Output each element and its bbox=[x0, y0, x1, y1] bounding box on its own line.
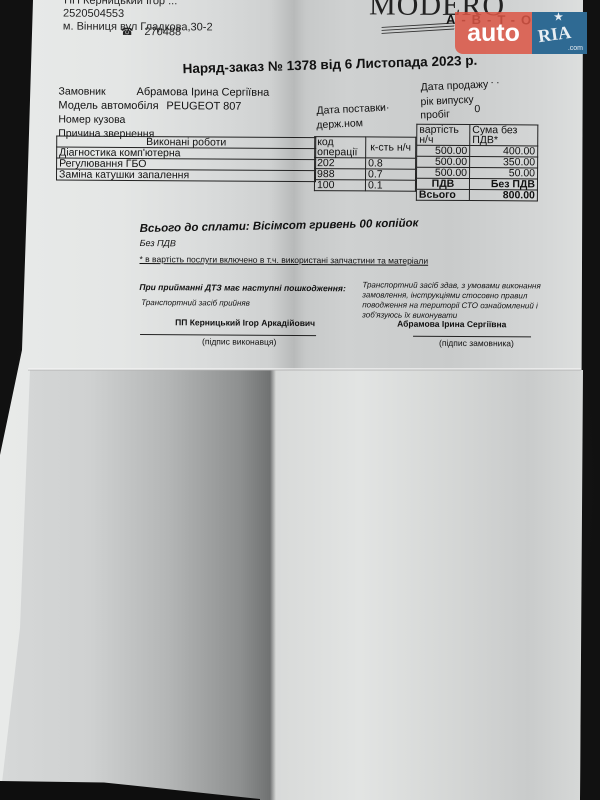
customer-value: Абрамова Ірина Сергіївна bbox=[136, 86, 269, 99]
customer-label: Замовник bbox=[58, 86, 105, 98]
cell-rate: 500.00 bbox=[417, 167, 470, 178]
vat-value: Без ПДВ bbox=[469, 179, 537, 190]
mileage-value: 0 bbox=[474, 103, 480, 115]
star-icon: ★ bbox=[554, 12, 563, 23]
col-header-hours: к-сть н/ч bbox=[366, 137, 416, 158]
total-label: Всього bbox=[416, 189, 469, 200]
autoria-watermark: auto ★ RIA .com bbox=[455, 12, 587, 54]
cell-rate: 500.00 bbox=[417, 145, 470, 156]
executor-name: ПП Керницький Ігор Аркадійович bbox=[175, 317, 315, 328]
accepted-text: Транспортний засіб прийняв bbox=[141, 298, 250, 308]
col-header-rate: вартість н/ч bbox=[417, 124, 470, 145]
ria-text: RIA bbox=[537, 22, 573, 47]
table-row: Заміна катушки запалення bbox=[56, 169, 315, 182]
cell-sum: 400.00 bbox=[470, 146, 538, 157]
cell-work: Заміна катушки запалення bbox=[56, 169, 315, 182]
car-model-value: PEUGEOT 807 bbox=[166, 100, 241, 112]
logo-swoosh bbox=[383, 25, 453, 35]
total-row: Всього800.00 bbox=[416, 189, 537, 201]
phone-icon: ☎ bbox=[121, 27, 134, 38]
works-table: Виконані роботи Діагностика комп'ютерна … bbox=[56, 136, 316, 183]
delivery-date-value: . . bbox=[380, 99, 389, 111]
autoria-ria-badge: ★ RIA .com bbox=[532, 12, 587, 54]
company-phone: 270488 bbox=[144, 26, 181, 38]
damage-label: При прийманні ДТЗ має наступні пошкоджен… bbox=[139, 282, 346, 293]
price-footnote: * в вартість послуги включено в т.ч. вик… bbox=[139, 254, 428, 266]
year-label: рік випуску bbox=[420, 94, 474, 108]
customer-name-signature: Абрамова Ірина Сергіївна bbox=[397, 319, 506, 330]
total-in-words: Всього до сплати: Вісімсот гривень 00 ко… bbox=[140, 217, 419, 235]
cell-hours: 0.1 bbox=[365, 180, 415, 191]
cell-rate: 500.00 bbox=[417, 156, 470, 167]
total-value: 800.00 bbox=[469, 190, 537, 201]
customer-statement-line-3: поводження на території СТО ознайомлений… bbox=[362, 300, 538, 310]
cell-code: 100 bbox=[314, 180, 365, 191]
cell-sum: 350.00 bbox=[470, 157, 538, 168]
sale-date-label: Дата продажу bbox=[420, 78, 488, 93]
table-row: 1000.1 bbox=[314, 180, 415, 192]
ria-domain: .com bbox=[568, 45, 583, 52]
customer-signature-label: (підпис замовника) bbox=[439, 338, 514, 348]
works-table-amounts: вартість н/ч Сума без ПДВ* 500.00400.00 … bbox=[416, 124, 538, 202]
cell-sum: 50.00 bbox=[470, 168, 538, 179]
works-table-codes: код операції к-сть н/ч 2020.8 9880.7 100… bbox=[314, 136, 416, 192]
order-title: Наряд-заказ № 1378 від 6 Листопада 2023 … bbox=[182, 53, 477, 76]
col-header-code: код операції bbox=[315, 137, 366, 158]
company-phone-row: ☎ 270488 bbox=[121, 26, 181, 39]
autoria-auto-badge: auto bbox=[455, 12, 532, 54]
executor-signature-label: (підпис виконавця) bbox=[202, 336, 276, 346]
customer-statement-line-2: замовлення, інструкціями стосовно правил bbox=[362, 290, 527, 300]
document-lower-fold bbox=[0, 370, 600, 800]
vat-note: Без ПДВ bbox=[140, 238, 176, 248]
sale-date-value: . . bbox=[491, 74, 500, 86]
company-code: 2520504553 bbox=[63, 8, 124, 21]
body-number-label: Номер кузова bbox=[58, 114, 125, 126]
mileage-label: пробіг bbox=[420, 108, 450, 121]
delivery-date-label: Дата поставки bbox=[316, 102, 386, 117]
plate-label: держ.ном bbox=[316, 117, 363, 131]
car-model-label: Модель автомобіля bbox=[58, 100, 158, 113]
work-order-document: ПП Керницький Ігор ... 2520504553 м. Він… bbox=[0, 0, 600, 372]
col-header-sum: Сума без ПДВ* bbox=[470, 125, 538, 146]
customer-statement-line-1: Транспортний засіб здав, з умовами викон… bbox=[362, 280, 540, 290]
